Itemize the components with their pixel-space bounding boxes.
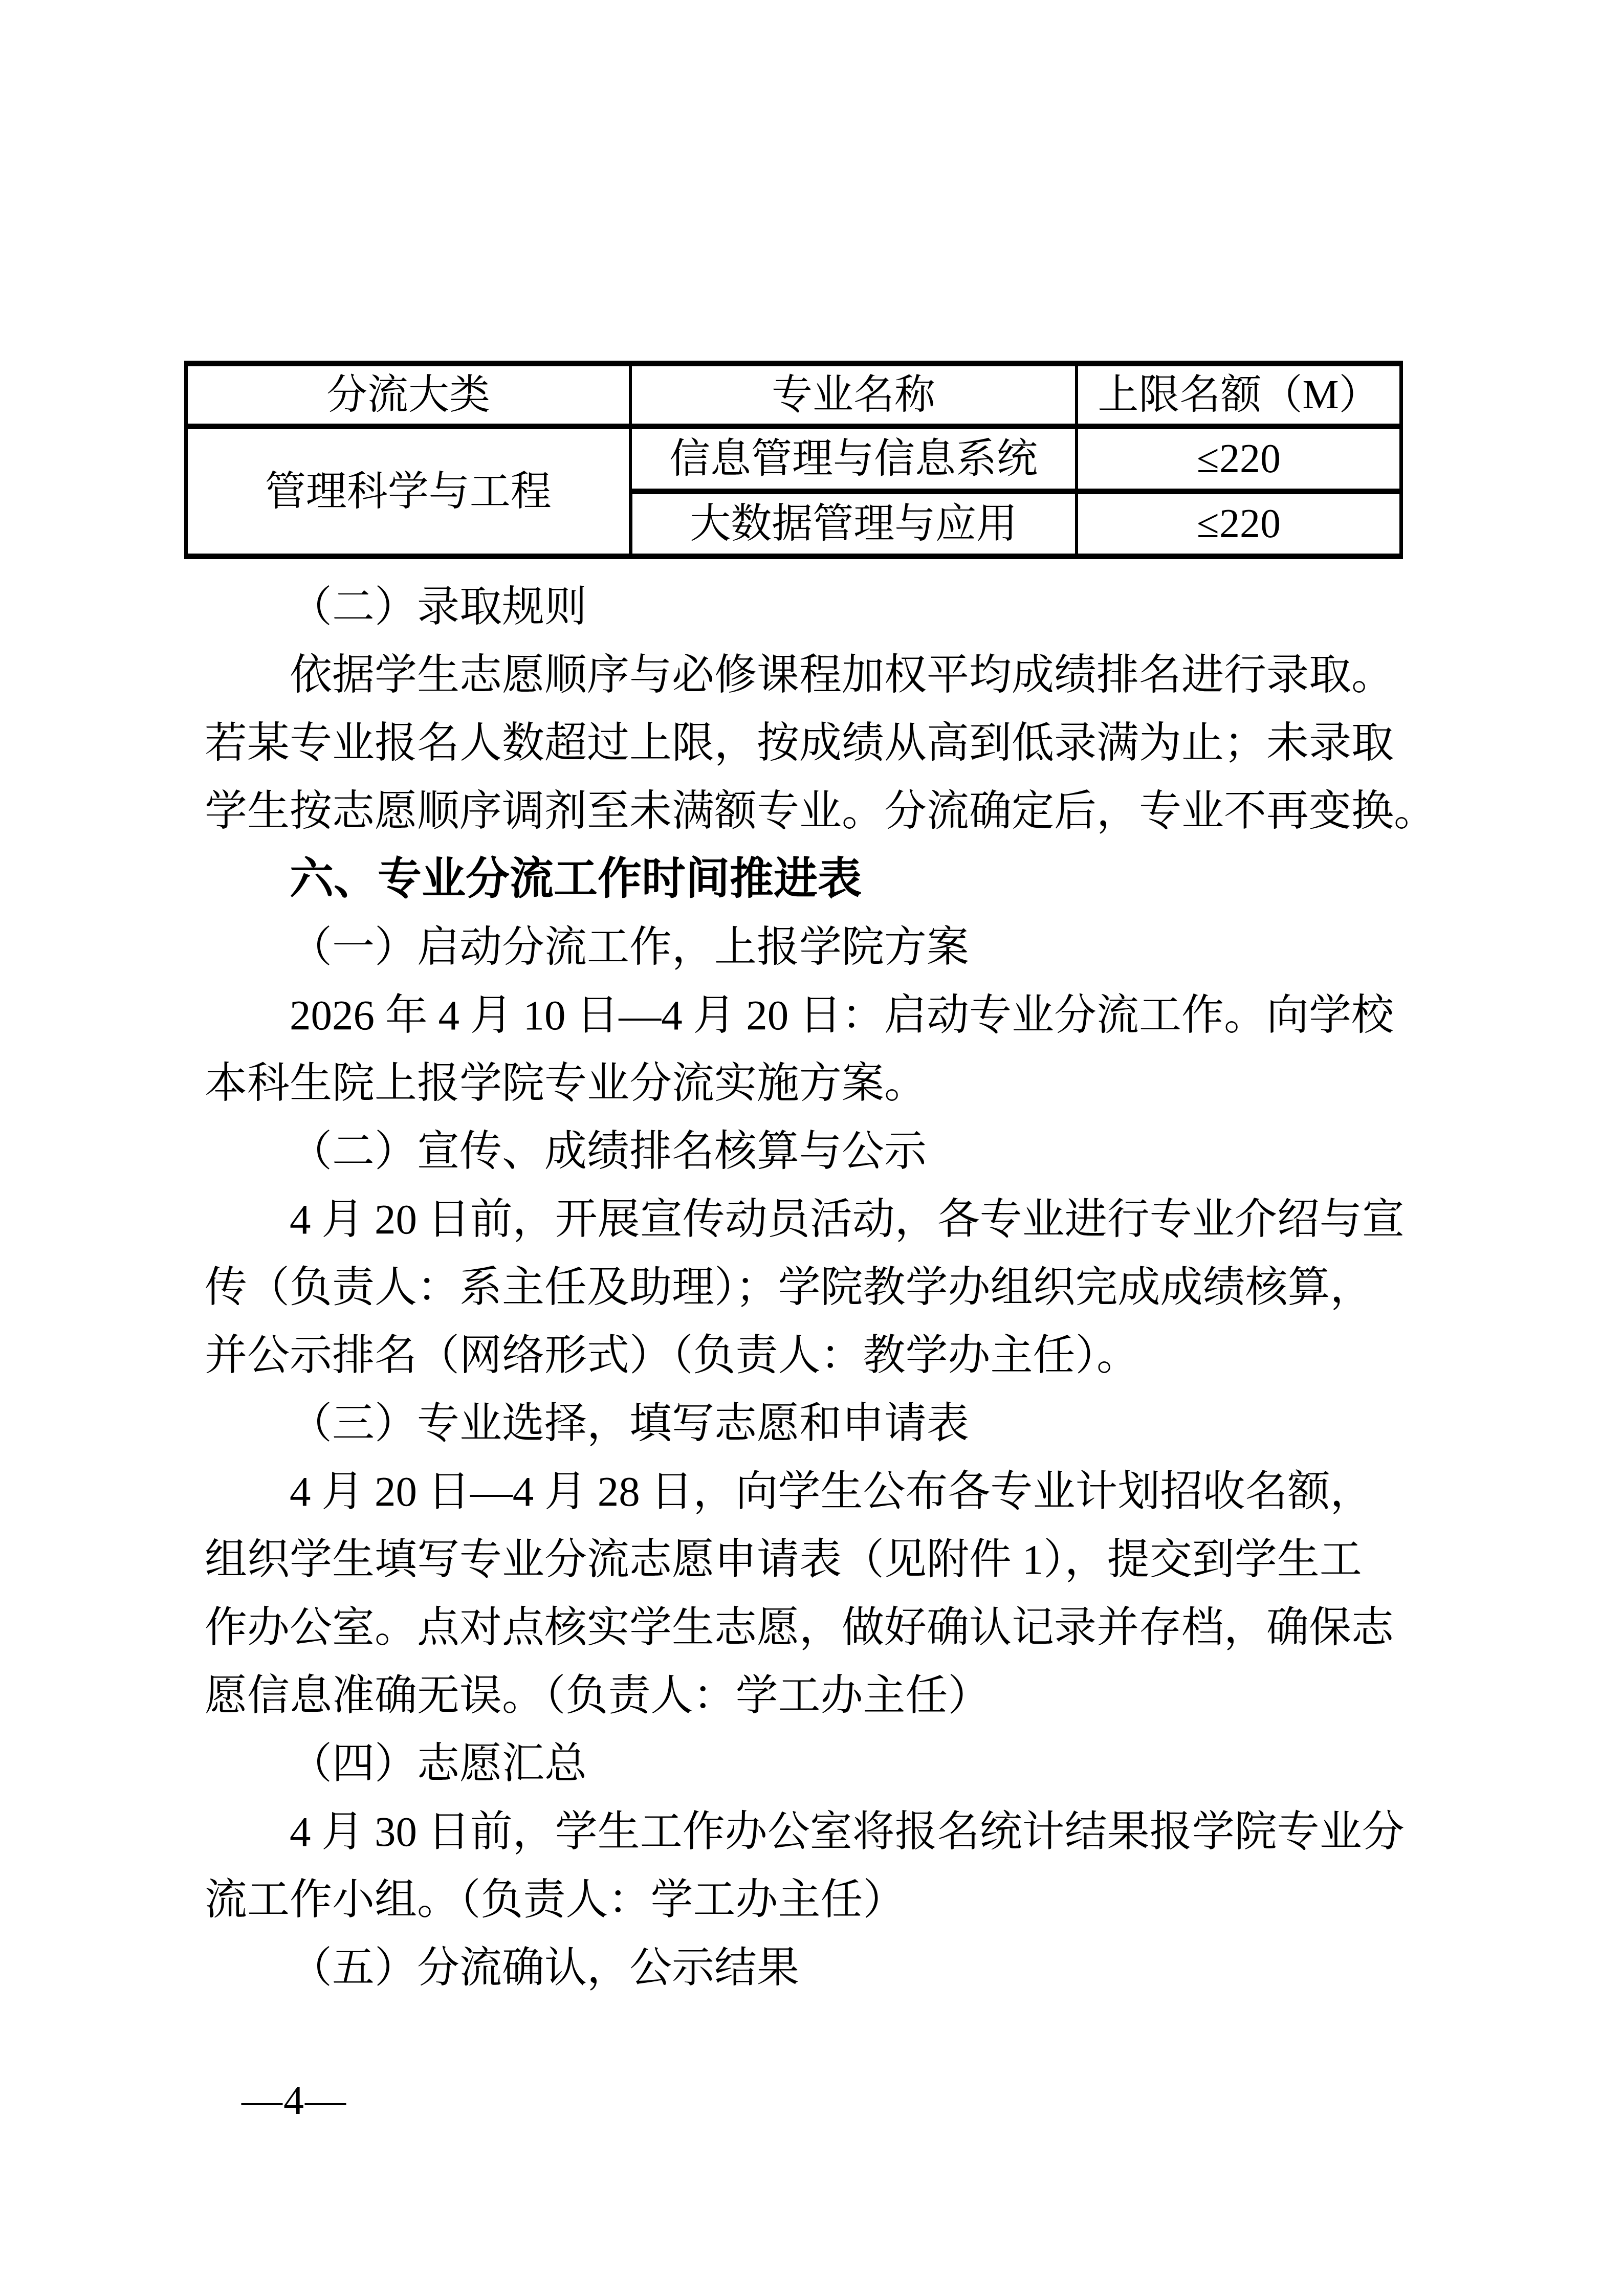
- table-header-major: 专业名称: [630, 364, 1077, 427]
- body-line: 愿信息准确无误。（负责人：学工办主任）: [205, 1662, 1463, 1730]
- major-quota-table: 分流大类 专业名称 上限名额（M） 管理科学与工程 信息管理与信息系统 ≤220…: [184, 361, 1403, 559]
- subsection-heading-major-choice: （三）专业选择，填写志愿和申请表: [205, 1389, 1463, 1458]
- table-header-row: 分流大类 专业名称 上限名额（M）: [186, 364, 1401, 427]
- page-number: —4—: [205, 2067, 347, 2135]
- table-cell-category-group: 管理科学与工程: [186, 427, 631, 557]
- body-line: 4 月 30 日前，学生工作办公室将报名统计结果报学院专业分: [205, 1798, 1463, 1866]
- body-line: 4 月 20 日—4 月 28 日，向学生公布各专业计划招收名额，: [205, 1458, 1463, 1526]
- body-line: 2026 年 4 月 10 日—4 月 20 日：启动专业分流工作。向学校: [205, 981, 1463, 1049]
- subsection-heading-start-work: （一）启动分流工作，上报学院方案: [205, 913, 1463, 981]
- table-header-quota: 上限名额（M）: [1077, 364, 1401, 427]
- body-line: 4 月 20 日前，开展宣传动员活动，各专业进行专业介绍与宣: [205, 1185, 1463, 1253]
- section-heading-timeline: 六、专业分流工作时间推进表: [205, 845, 1463, 913]
- body-line: 学生按志愿顺序调剂至未满额专业。分流确定后，专业不再变换。: [205, 777, 1463, 845]
- body-line: 组织学生填写专业分流志愿申请表（见附件 1），提交到学生工: [205, 1526, 1463, 1594]
- body-line: 流工作小组。（负责人：学工办主任）: [205, 1866, 1463, 1934]
- table-cell-quota: ≤220: [1077, 492, 1401, 557]
- body-line: 并公示排名（网络形式）（负责人：教学办主任）。: [205, 1321, 1463, 1389]
- document-body: （二）录取规则 依据学生志愿顺序与必修课程加权平均成绩排名进行录取。 若某专业报…: [205, 573, 1463, 2002]
- table-row: 管理科学与工程 信息管理与信息系统 ≤220: [186, 427, 1401, 492]
- subsection-heading-summary: （四）志愿汇总: [205, 1730, 1463, 1798]
- subsection-heading-confirmation: （五）分流确认，公示结果: [205, 1934, 1463, 2002]
- subsection-heading-publicity: （二）宣传、成绩排名核算与公示: [205, 1117, 1463, 1185]
- body-line: 依据学生志愿顺序与必修课程加权平均成绩排名进行录取。: [205, 641, 1463, 709]
- body-line: 作办公室。点对点核实学生志愿，做好确认记录并存档，确保志: [205, 1594, 1463, 1662]
- body-line: 传（负责人：系主任及助理）；学院教学办组织完成成绩核算，: [205, 1253, 1463, 1321]
- subsection-heading-admission-rules: （二）录取规则: [205, 573, 1463, 641]
- body-line: 本科生院上报学院专业分流实施方案。: [205, 1049, 1463, 1117]
- table-header-category: 分流大类: [186, 364, 631, 427]
- table-cell-major: 大数据管理与应用: [630, 492, 1077, 557]
- document-page: 分流大类 专业名称 上限名额（M） 管理科学与工程 信息管理与信息系统 ≤220…: [0, 0, 1623, 2296]
- body-line: 若某专业报名人数超过上限，按成绩从高到低录满为止；未录取: [205, 709, 1463, 777]
- table-cell-quota: ≤220: [1077, 427, 1401, 492]
- table-cell-major: 信息管理与信息系统: [630, 427, 1077, 492]
